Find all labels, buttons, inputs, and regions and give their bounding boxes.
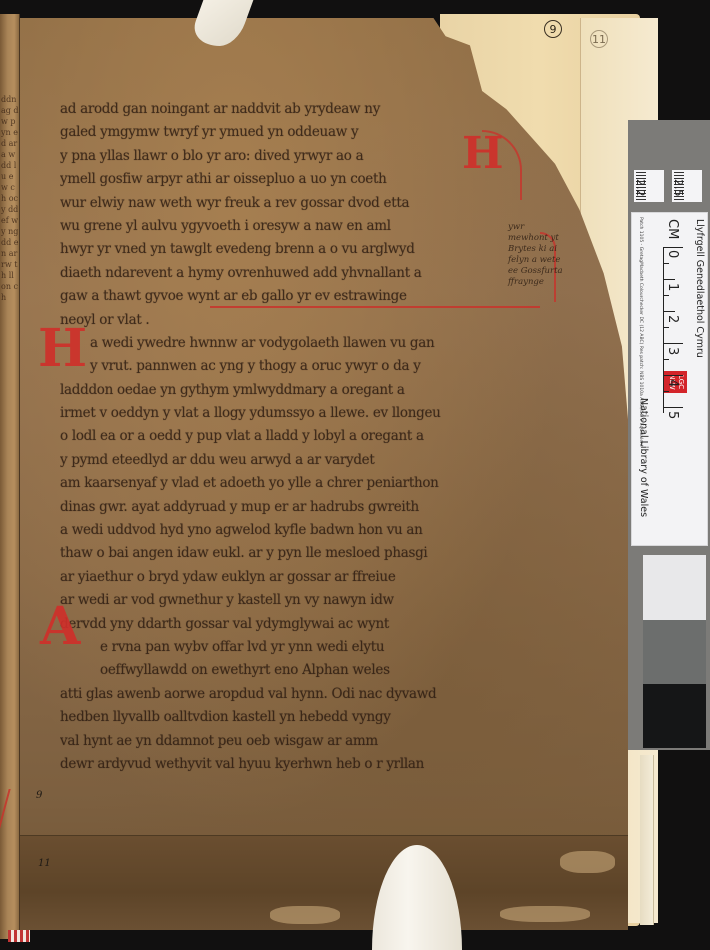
red-initial: H: [38, 318, 87, 379]
facing-page-red-initial: [0, 789, 19, 839]
facing-page-text: ddn ag dw pyn ed ar a w dd lu ew ch oc y…: [1, 94, 19, 694]
facing-page-edge: ddn ag dw pyn ed ar a w dd lu ew ch oc y…: [0, 14, 20, 939]
text-line: ladddon oedae yn gythym ymlwyddmary a or…: [60, 379, 510, 402]
text-line: hedben llyvallb oalltvdion kastell yn he…: [60, 706, 510, 729]
red-initial: A: [40, 596, 80, 657]
text-line: wu grene yl aulvu ygyvoeth i oresyw a na…: [60, 215, 510, 238]
bookmark-ribbon: [8, 930, 30, 942]
mid-grey-patch: [643, 620, 706, 684]
text-line: irmet v oeddyn y vlat a llogy ydumssyo a…: [60, 402, 510, 425]
text-line: o lodl ea or a oedd y pup vlat a lladd y…: [60, 425, 510, 448]
cm-ruler: CM 0 1 2 3 4 5: [663, 233, 685, 413]
text-line: e rvna pan wybv offar lvd yr ynn wedi el…: [60, 636, 510, 659]
photo-scene: ddn ag dw pyn ed ar a w dd lu ew ch oc y…: [0, 0, 710, 950]
text-line: thaw o bai angen idaw eukl. ar y pyn lle…: [60, 542, 510, 565]
manuscript-text: ad arodd gan noingant ar naddvit ab yryd…: [60, 98, 510, 776]
text-line: diaeth ndarevent a hymy ovrenhuwed add y…: [60, 262, 510, 285]
text-line: ar wedi ar vod gwnethur y kastell yn vy …: [60, 589, 510, 612]
text-line: dinas gwr. ayat addyruad y mup er ar had…: [60, 496, 510, 519]
white-patch: [643, 555, 706, 620]
patch-info: Patch 1105 - GretagMacbeth Colourchecker…: [638, 217, 643, 447]
text-line: y vrut. pannwen ac yng y thogy a oruc yw…: [60, 355, 510, 378]
text-line: oeffwyllawdd on ewethyrt eno Alphan wele…: [60, 659, 510, 682]
text-line: val hynt ae yn ddamnot peu oeb wisgaw ar…: [60, 730, 510, 753]
text-line: dervdd yny ddarth gossar val ydymglywai …: [60, 613, 510, 636]
marginal-note: ywr mewhont yt Brytes ki ai felyn a wete…: [508, 222, 580, 288]
pencil-mark: 9: [36, 790, 42, 801]
text-line: ad arodd gan noingant ar naddvit ab yryd…: [60, 98, 510, 121]
red-rubric-line: [210, 302, 540, 308]
text-line: ar yiaethur o bryd ydaw euklyn ar gossar…: [60, 566, 510, 589]
text-line: a wedi ywedre hwnnw ar vodygolaeth llawe…: [60, 332, 510, 355]
text-line: ymell gosfiw arpyr athi ar oissepluo a u…: [60, 168, 510, 191]
text-line: am kaarsenyaf y vlad et adoeth yo ylle a…: [60, 472, 510, 495]
scale-card: Llyfrgell Genedlaethol Cymru LGC NLW Nat…: [631, 212, 708, 546]
text-line: y pymd eteedlyd ar ddu weu arwyd a ar va…: [60, 449, 510, 472]
black-patch: [643, 684, 706, 748]
resolution-patch: 2.2: [634, 170, 664, 202]
folio-number-underlying: 11: [590, 30, 608, 48]
text-line: galed ymgymw twryf yr ymued yn oddeuaw y: [60, 121, 510, 144]
text-line: dewr ardyvud wethyvit val hyuu kyerhwn h…: [60, 753, 510, 776]
resolution-patch: 2.5: [672, 170, 702, 202]
text-line: neoyl or vlat .: [60, 309, 510, 332]
text-line: hwyr yr vned yn tawglt evedeng brenn a o…: [60, 238, 510, 261]
folio-lower-fold: [20, 835, 628, 930]
text-line: a wedi uddvod hyd yno agwelod kyfle badw…: [60, 519, 510, 542]
folio-number: 9: [544, 20, 562, 38]
text-line: atti glas awenb aorwe aropdud val hynn. …: [60, 683, 510, 706]
underlying-leaf-lower-edge: [640, 755, 654, 925]
institution-welsh: Llyfrgell Genedlaethol Cymru: [694, 219, 705, 358]
unit-label: CM: [665, 219, 680, 239]
pencil-mark: 11: [38, 858, 51, 869]
text-line: wur elwiy naw weth wyr freuk a rev gossa…: [60, 192, 510, 215]
text-line: y pna yllas llawr o blo yr aro: dived yr…: [60, 145, 510, 168]
